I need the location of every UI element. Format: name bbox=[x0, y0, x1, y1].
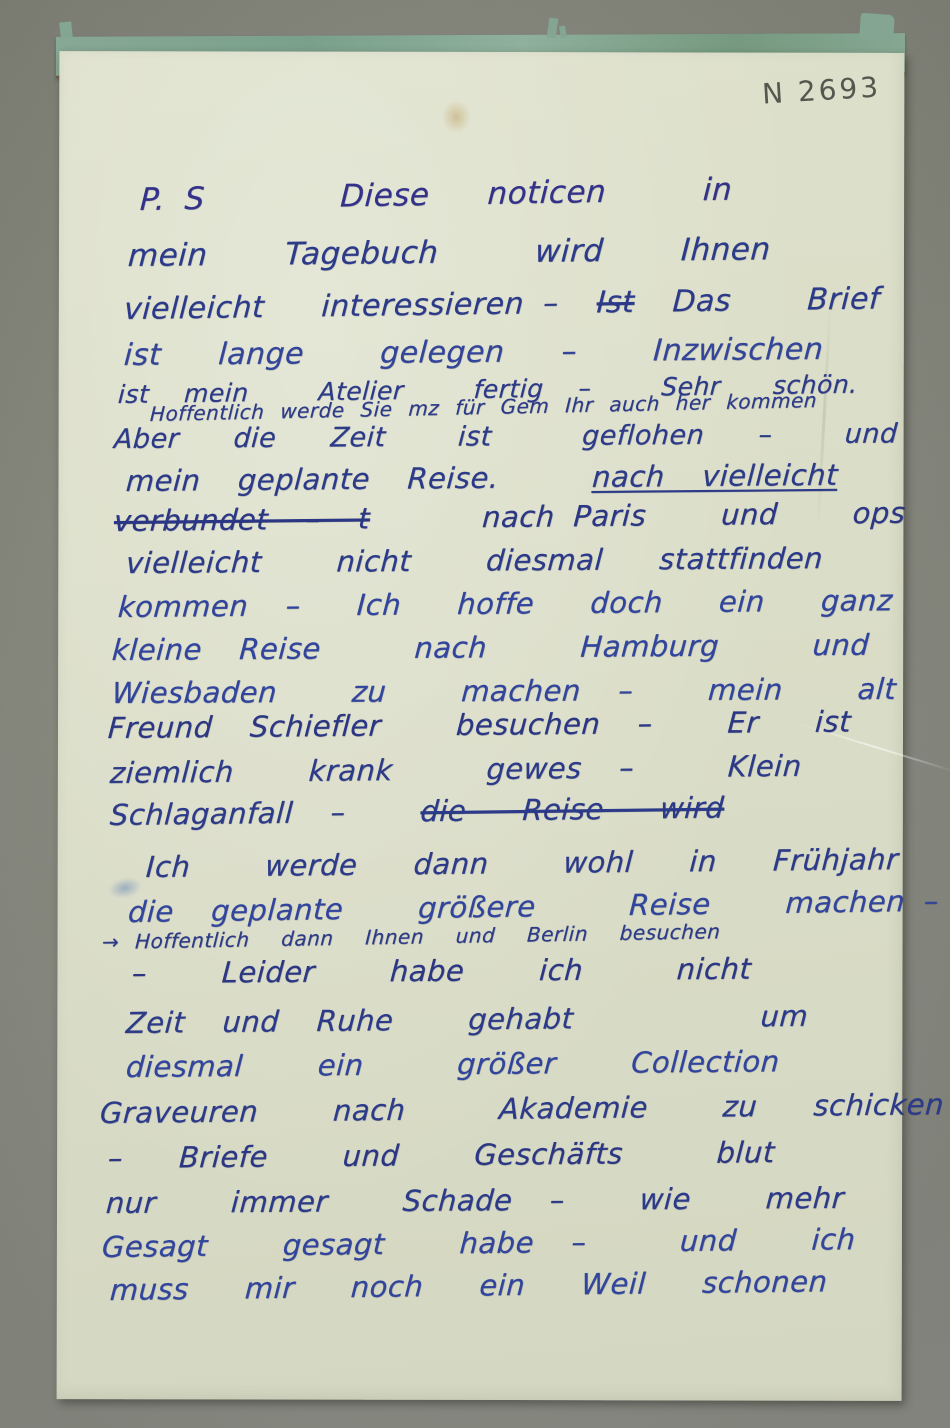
paper-stain bbox=[441, 100, 471, 134]
photo-background: N 2693 P. S Diese noticen inmein Tagebuc… bbox=[0, 0, 950, 1428]
torn-strip-tab bbox=[859, 13, 895, 41]
torn-strip-tab bbox=[59, 21, 73, 38]
paper-crease bbox=[816, 301, 832, 531]
torn-strip-tab bbox=[559, 26, 567, 39]
letter-paper bbox=[57, 51, 905, 1401]
